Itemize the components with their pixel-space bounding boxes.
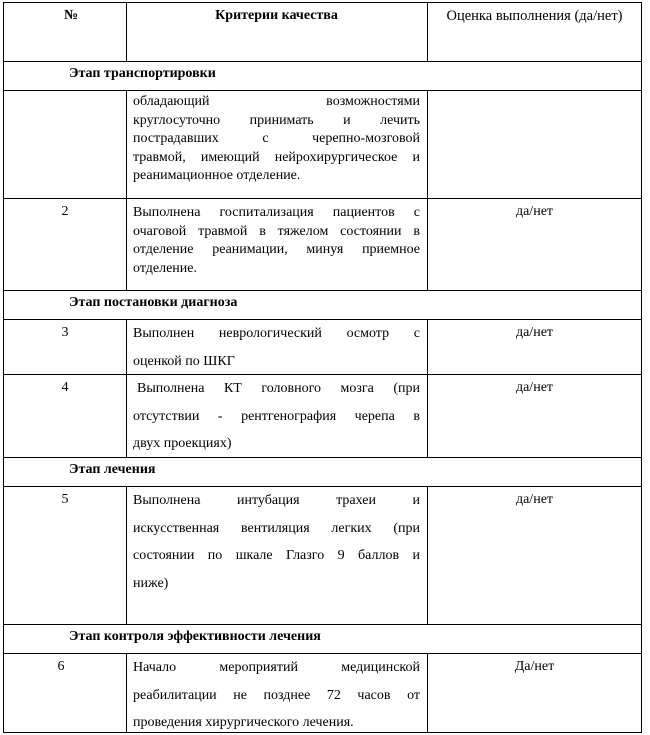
row-criteria: Выполнен неврологический осмотр с оценко…	[127, 320, 428, 374]
table-row: 5 Выполнена интубация трахеи и искусстве…	[3, 486, 642, 624]
criteria-line: двух проекциях)	[133, 430, 420, 458]
table-row: 6 Начало мероприятий медицинской реабили…	[3, 653, 642, 733]
criteria-line: обладающий возможностями	[133, 93, 420, 112]
section-title: Этап контроля эффективности лечения	[69, 629, 321, 645]
row-criteria: Выполнена интубация трахеи и искусственн…	[127, 487, 428, 624]
header-number-cell: №	[4, 3, 127, 61]
criteria-line: ниже)	[133, 570, 420, 598]
row-number: 4	[4, 375, 127, 457]
section-row: Этап транспортировки	[3, 61, 642, 90]
criteria-line: проведения хирургического лечения.	[133, 709, 420, 735]
header-criteria: Критерии качества	[133, 3, 420, 24]
row-assessment: да/нет	[428, 487, 641, 624]
row-assessment: да/нет	[428, 320, 641, 374]
section-title: Этап транспортировки	[69, 66, 216, 82]
row-assessment	[428, 91, 641, 198]
row-assessment: Да/нет	[428, 654, 641, 732]
criteria-line: Выполнена КТ головного мозга (при	[133, 375, 420, 403]
row-criteria: Начало мероприятий медицинской реабилита…	[127, 654, 428, 732]
row-criteria: Выполнена КТ головного мозга (при отсутс…	[127, 375, 428, 457]
criteria-line: состоянии по шкале Глазго 9 баллов и	[133, 542, 420, 570]
criteria-line: отделение.	[133, 260, 420, 279]
row-assessment: да/нет	[428, 375, 641, 457]
criteria-line: круглосуточно принимать и лечить	[133, 112, 420, 131]
row-assessment: да/нет	[428, 199, 641, 290]
criteria-line: Выполнена интубация трахеи и	[133, 487, 420, 515]
header-assessment-cell: Оценка выполнения (да/нет)	[428, 3, 641, 61]
criteria-line: искусственная вентиляция легких (при	[133, 515, 420, 543]
criteria-line: Выполнена госпитализация пациентов с	[133, 204, 420, 223]
header-number: №	[4, 3, 126, 24]
criteria-line: реабилитации не позднее 72 часов от	[133, 682, 420, 710]
table-row: 3 Выполнен неврологический осмотр с оцен…	[3, 319, 642, 374]
table-row: 4 Выполнена КТ головного мозга (при отсу…	[3, 374, 642, 457]
section-title: Этап лечения	[69, 462, 155, 478]
criteria-line: Выполнен неврологический осмотр с	[133, 320, 420, 348]
row-criteria: Выполнена госпитализация пациентов с оча…	[127, 199, 428, 290]
table-row: 2 Выполнена госпитализация пациентов с о…	[3, 198, 642, 290]
section-title: Этап постановки диагноза	[69, 295, 237, 311]
criteria-line: оценкой по ШКГ	[133, 348, 420, 376]
criteria-line: травмой, имеющий нейрохирургическое и	[133, 149, 420, 168]
criteria-line: реанимационное отделение.	[133, 167, 420, 186]
row-number: 3	[4, 320, 127, 374]
row-number: 6	[4, 654, 127, 732]
criteria-line: пострадавших с черепно-мозговой	[133, 130, 420, 149]
row-number: 5	[4, 487, 127, 624]
table-row: обладающий возможностями круглосуточно п…	[3, 90, 642, 198]
header-assessment: Оценка выполнения (да/нет)	[428, 3, 641, 25]
row-criteria: обладающий возможностями круглосуточно п…	[127, 91, 428, 198]
row-number	[4, 91, 127, 198]
criteria-line: Начало мероприятий медицинской	[133, 654, 420, 682]
criteria-line: отделение реанимации, минуя приемное	[133, 241, 420, 260]
criteria-line: очаговой травмой в тяжелом состоянии в	[133, 223, 420, 242]
section-row: Этап лечения	[3, 457, 642, 486]
row-number: 2	[4, 199, 127, 290]
criteria-line: отсутствии - рентгенография черепа в	[133, 403, 420, 431]
section-row: Этап постановки диагноза	[3, 290, 642, 319]
header-criteria-cell: Критерии качества	[127, 3, 428, 61]
table-header-row: № Критерии качества Оценка выполнения (д…	[3, 2, 642, 61]
section-row: Этап контроля эффективности лечения	[3, 624, 642, 653]
